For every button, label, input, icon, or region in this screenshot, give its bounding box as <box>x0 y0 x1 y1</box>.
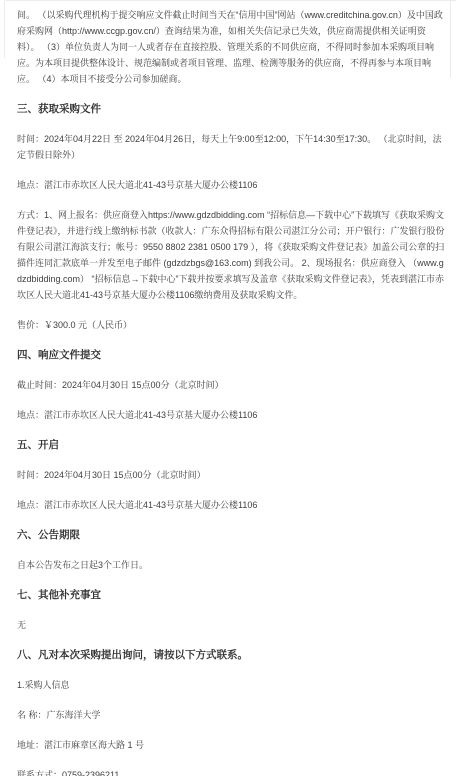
section-heading-get-documents: 三、获取采购文件 <box>17 101 445 117</box>
purchaser-contact: 联系方式：0759-2396211 <box>17 767 445 776</box>
section-heading-contact: 八、凡对本次采购提出询问，请按以下方式联系。 <box>17 647 445 663</box>
section-heading-response-submission: 四、响应文件提交 <box>17 347 445 363</box>
purchaser-name: 名 称：广东海洋大学 <box>17 707 445 723</box>
section-heading-opening: 五、开启 <box>17 437 445 453</box>
purchaser-info-label: 1.采购人信息 <box>17 677 445 693</box>
announcement-period-text: 自本公告发布之日起3个工作日。 <box>17 557 445 573</box>
top-border-line <box>6 0 456 1</box>
section-heading-other-matters: 七、其他补充事宜 <box>17 587 445 603</box>
intro-paragraph: 间。 （以采购代理机构于提交响应文件截止时间当天在“信用中国”网站（www.cr… <box>17 7 445 87</box>
submission-deadline: 截止时间：2024年04月30日 15点00分（北京时间） <box>17 377 445 393</box>
get-documents-price: 售价：￥300.0 元（人民币） <box>17 317 445 333</box>
purchaser-address: 地址：湛江市麻章区海大路 1 号 <box>17 737 445 753</box>
get-documents-time: 时间：2024年04月22日 至 2024年04月26日，每天上午9:00至12… <box>17 131 445 163</box>
opening-time: 时间：2024年04月30日 15点00分（北京时间） <box>17 467 445 483</box>
other-matters-text: 无 <box>17 617 445 633</box>
right-border-line <box>450 0 451 78</box>
get-documents-method: 方式：1、网上报名：供应商登入https://www.gdzdbidding.c… <box>17 207 445 303</box>
announcement-document: 间。 （以采购代理机构于提交响应文件截止时间当天在“信用中国”网站（www.cr… <box>0 0 456 776</box>
left-border-line <box>4 0 5 58</box>
submission-location: 地点：湛江市赤坎区人民大道北41-43号京基大厦办公楼1106 <box>17 407 445 423</box>
opening-location: 地点：湛江市赤坎区人民大道北41-43号京基大厦办公楼1106 <box>17 497 445 513</box>
section-heading-announcement-period: 六、公告期限 <box>17 527 445 543</box>
get-documents-location: 地点：湛江市赤坎区人民大道北41-43号京基大厦办公楼1106 <box>17 177 445 193</box>
